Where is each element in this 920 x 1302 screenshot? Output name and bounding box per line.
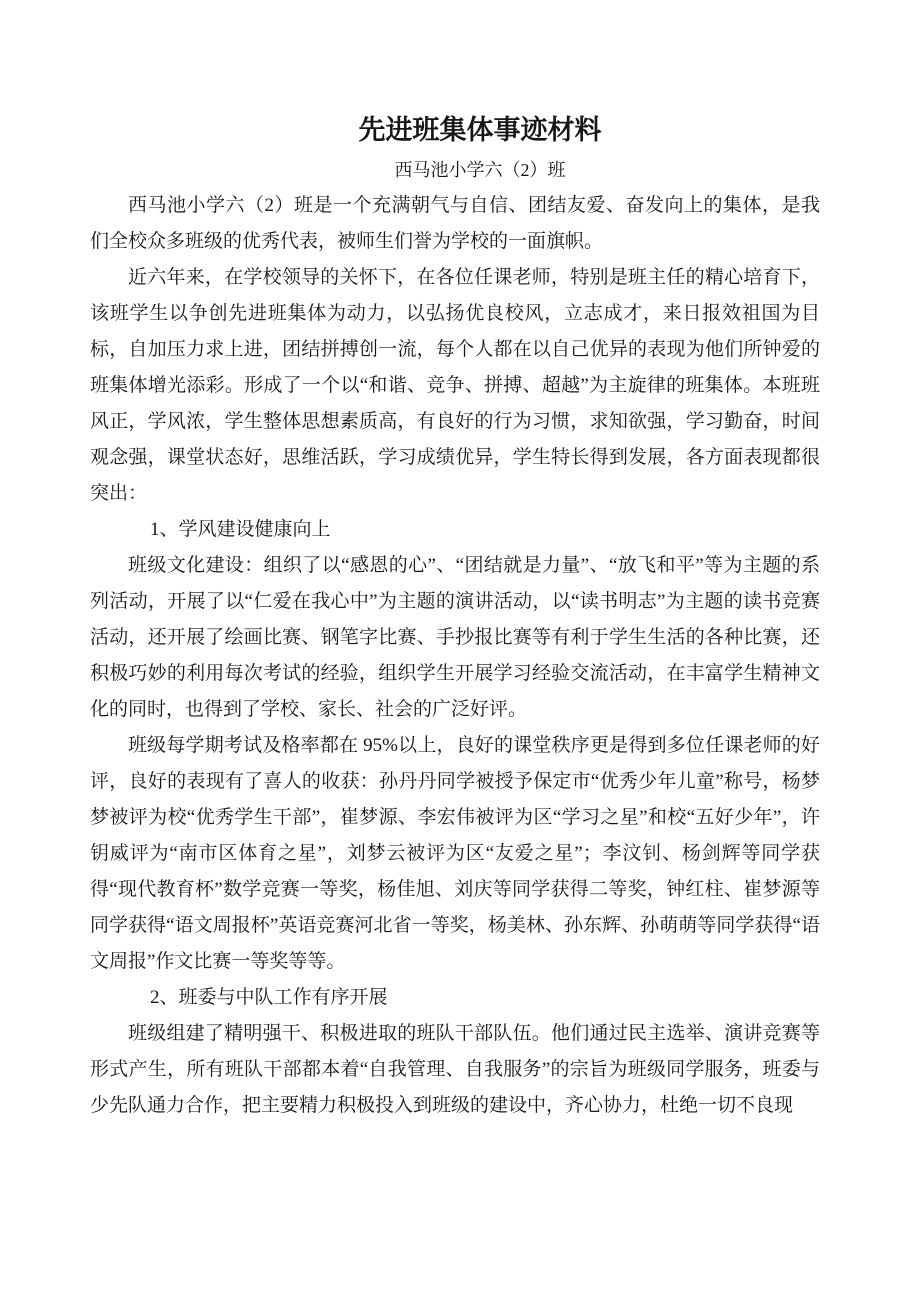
paragraph-committee: 班级组建了精明强干、积极进取的班队干部队伍。他们通过民主选举、演讲竞赛等形式产生…	[90, 1016, 820, 1124]
paragraph-achievements: 班级每学期考试及格率都在 95%以上，良好的课堂秩序更是得到多位任课老师的好评，…	[90, 728, 820, 980]
paragraph-culture: 班级文化建设：组织了以“感恩的心”、“团结就是力量”、“放飞和平”等为主题的系列…	[90, 548, 820, 728]
paragraph-intro: 西马池小学六（2）班是一个充满朝气与自信、团结友爱、奋发向上的集体，是我们全校众…	[90, 188, 820, 260]
document-page: 先进班集体事迹材料 西马池小学六（2）班 西马池小学六（2）班是一个充满朝气与自…	[0, 0, 920, 1302]
document-subtitle: 西马池小学六（2）班	[90, 152, 820, 188]
document-body: 先进班集体事迹材料 西马池小学六（2）班 西马池小学六（2）班是一个充满朝气与自…	[90, 0, 820, 1124]
section-heading-2: 2、班委与中队工作有序开展	[90, 980, 820, 1016]
section-heading-1: 1、学风建设健康向上	[90, 512, 820, 548]
paragraph-overview: 近六年来，在学校领导的关怀下，在各位任课老师，特别是班主任的精心培育下，该班学生…	[90, 260, 820, 512]
document-title: 先进班集体事迹材料	[90, 108, 820, 152]
